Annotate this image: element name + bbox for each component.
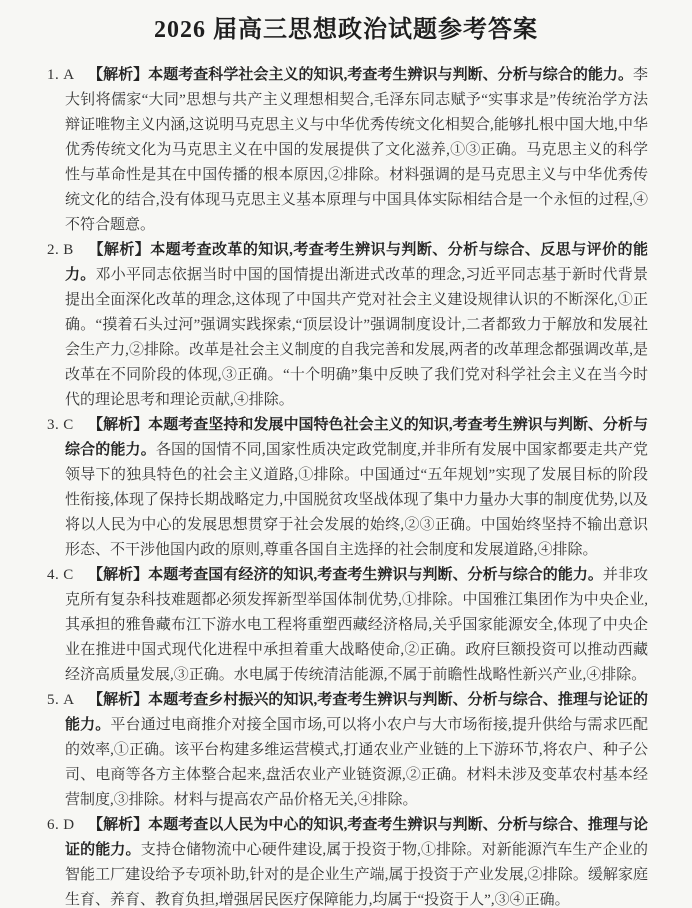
answer-letter: A [63,67,74,83]
answer-letter: B [63,242,73,258]
answer-item-4: 4.C【解析】本题考查国有经济的知识,考查考生辨识与判断、分析与综合的能力。并非… [65,563,648,688]
answer-item-6: 6.D【解析】本题考查以人民为中心的知识,考查考生辨识与判断、分析与综合、推理与… [65,813,648,908]
answer-letter: D [63,817,74,833]
question-number: 5. [47,692,59,708]
question-number: 6. [47,817,59,833]
analysis-heading: 【解析】本题考查国有经济的知识,考查考生辨识与判断、分析与综合的能力。 [88,567,603,583]
answer-letter: C [63,417,73,433]
answer-letter: A [63,692,74,708]
item-marker: 3.C [47,413,88,438]
answer-item-1: 1.A【解析】本题考查科学社会主义的知识,考查考生辨识与判断、分析与综合的能力。… [65,63,648,238]
analysis-body: 李大钊将儒家“大同”思想与共产主义理想相契合,毛泽东同志赋予“实事求是”传统治学… [65,67,648,233]
analysis-body: 各国的国情不同,国家性质决定政党制度,并非所有发展中国家都要走共产党领导下的独具… [65,442,648,558]
item-marker: 6.D [47,813,88,838]
analysis-body: 邓小平同志依据当时中国的国情提出渐进式改革的理念,习近平同志基于新时代背景提出全… [65,267,648,408]
analysis-body: 平台通过电商推介对接全国市场,可以将小农户与大市场衔接,提升供给与需求匹配的效率… [65,717,648,808]
answer-item-2: 2.B【解析】本题考查改革的知识,考查考生辨识与判断、分析与综合、反思与评价的能… [65,238,648,413]
analysis-body: 并非攻克所有复杂科技难题都必须发挥新型举国体制优势,①排除。中国雅江集团作为中央… [65,567,648,683]
item-marker: 2.B [47,238,88,263]
question-number: 4. [47,567,59,583]
analysis-body: 支持仓储物流中心硬件建设,属于投资于物,①排除。对新能源汽车生产企业的智能工厂建… [65,842,648,908]
question-number: 2. [47,242,59,258]
item-marker: 1.A [47,63,88,88]
item-marker: 5.A [47,688,88,713]
item-marker: 4.C [47,563,88,588]
answer-item-3: 3.C【解析】本题考查坚持和发展中国特色社会主义的知识,考查考生辨识与判断、分析… [65,413,648,563]
document-page: 2026 届高三思想政治试题参考答案 1.A【解析】本题考查科学社会主义的知识,… [0,0,692,908]
page-title: 2026 届高三思想政治试题参考答案 [0,0,692,47]
analysis-heading: 【解析】本题考查科学社会主义的知识,考查考生辨识与判断、分析与综合的能力。 [88,67,633,83]
question-number: 3. [47,417,59,433]
answer-list: 1.A【解析】本题考查科学社会主义的知识,考查考生辨识与判断、分析与综合的能力。… [65,63,648,908]
answer-item-5: 5.A【解析】本题考查乡村振兴的知识,考查考生辨识与判断、分析与综合、推理与论证… [65,688,648,813]
answer-letter: C [63,567,73,583]
question-number: 1. [47,67,59,83]
